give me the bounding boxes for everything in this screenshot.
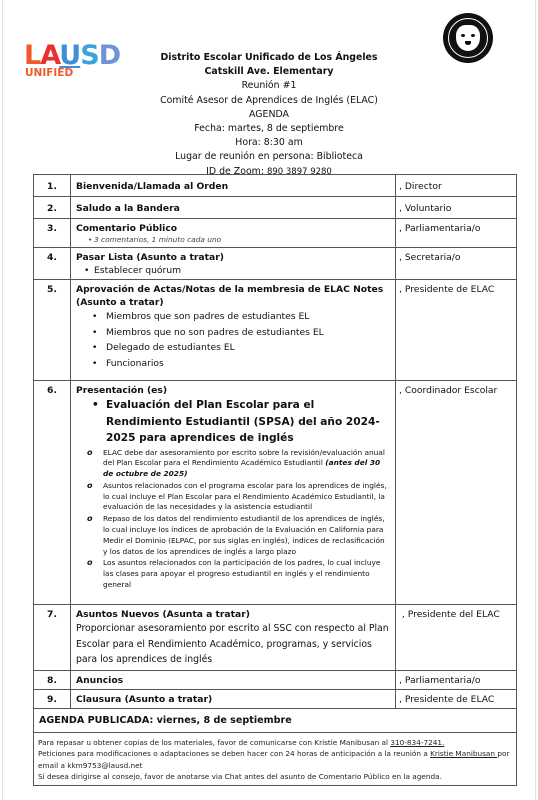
table-row: 2. Saludo a la Bandera , Voluntario [34,197,517,219]
committee-name: Comité Asesor de Aprendices de Inglés (E… [100,94,438,108]
list-item: Miembros que no son padres de estudiante… [76,325,390,341]
footer-line-accommodations: Peticiones para modificaciones o adaptac… [38,748,512,771]
item-number: 9. [34,690,71,709]
contact-link[interactable]: Kristie Manibusan [430,749,497,758]
item-number: 4. [34,248,71,280]
sub-list-item: ELAC debe dar asesoramiento por escrito … [76,448,390,480]
list-item: Establecer quórum [76,264,390,277]
list-item: Delegado de estudiantes EL [76,340,390,356]
table-row: 1. Bienvenida/Llamada al Orden , Directo… [34,175,517,197]
item-role: , Voluntario [396,197,517,219]
school-name: Catskill Ave. Elementary [100,65,438,79]
table-row: 7. Asuntos Nuevos (Asunta a tratar) Prop… [34,605,517,671]
item-number: 7. [34,605,71,671]
item-title: Clausura (Asunto a tratar) [76,694,212,705]
item-role: , Presidente del ELAC [396,605,517,671]
footer-row: Para repasar u obtener copias de los mat… [34,733,517,786]
item-body: Proporcionar asesoramiento por escrito a… [76,621,390,668]
published-row: AGENDA PUBLICADA: viernes, 8 de septiemb… [34,709,517,733]
footer-notes: Para repasar u obtener copias de los mat… [34,733,517,786]
meeting-number: Reunión #1 [100,79,438,93]
item-role: , Presidente de ELAC [396,280,517,381]
phone-link[interactable]: 310-834-7241. [390,738,444,747]
published-date: AGENDA PUBLICADA: viernes, 8 de septiemb… [34,709,517,733]
item-number: 8. [34,671,71,690]
item-title: Bienvenida/Llamada al Orden [76,181,228,192]
item-title: Presentación (es) [76,384,390,397]
cougar-seal-icon [443,13,493,63]
footer-line-public-comment: Si desea dirigirse al consejo, favor de … [38,771,512,782]
table-row: 5. Aprovación de Actas/Notas de la membr… [34,280,517,381]
item-role: , Presidente de ELAC [396,690,517,709]
item-number: 5. [34,280,71,381]
item-title: Pasar Lista (Asunto a tratar) [76,251,390,264]
item-number: 6. [34,381,71,605]
footer-line-materials: Para repasar u obtener copias de los mat… [38,737,512,748]
list-item: Evaluación del Plan Escolar para el Rend… [76,397,390,447]
meeting-location: Lugar de reunión en persona: Biblioteca [100,150,438,164]
logo-letter: S [80,40,98,71]
item-note: 3 comentarios, 1 minuto cada uno [76,235,390,245]
item-number: 1. [34,175,71,197]
table-row: 4. Pasar Lista (Asunto a tratar) Estable… [34,248,517,280]
table-row: 3. Comentario Público 3 comentarios, 1 m… [34,219,517,248]
list-item: Miembros que son padres de estudiantes E… [76,309,390,325]
item-role: , Director [396,175,517,197]
page-edge-right [535,0,536,800]
sub-list-item: Asuntos relacionados con el programa esc… [76,481,390,513]
list-item: Funcionarios [76,356,390,372]
document-type: AGENDA [100,108,438,122]
logo-subtitle: UNIFIED [25,67,73,79]
page-edge-left [2,0,3,800]
item-title: Asuntos Nuevos (Asunta a tratar) [76,608,390,621]
item-title: Aprovación de Actas/Notas de la membresi… [76,283,390,309]
meeting-date: Fecha: martes, 8 de septiembre [100,122,438,136]
item-number: 2. [34,197,71,219]
item-role: , Parliamentaria/o [396,219,517,248]
item-title: Anuncios [76,675,123,686]
table-row: 8. Anuncios , Parliamentaria/o [34,671,517,690]
document-header: Distrito Escolar Unificado de Los Ángele… [100,51,438,179]
item-number: 3. [34,219,71,248]
item-role: , Parliamentaria/o [396,671,517,690]
district-name: Distrito Escolar Unificado de Los Ángele… [100,51,438,65]
sub-list-item: Los asuntos relacionados con la particip… [76,558,390,590]
sub-list-item: Repaso de los datos del rendimiento estu… [76,514,390,557]
item-role: , Coordinador Escolar [396,381,517,605]
item-role: , Secretaria/o [396,248,517,280]
table-row: 6. Presentación (es) Evaluación del Plan… [34,381,517,605]
table-row: 9. Clausura (Asunto a tratar) , Presiden… [34,690,517,709]
item-title: Saludo a la Bandera [76,203,180,214]
agenda-table: 1. Bienvenida/Llamada al Orden , Directo… [33,174,517,786]
meeting-time: Hora: 8:30 am [100,136,438,150]
item-title: Comentario Público [76,222,390,235]
